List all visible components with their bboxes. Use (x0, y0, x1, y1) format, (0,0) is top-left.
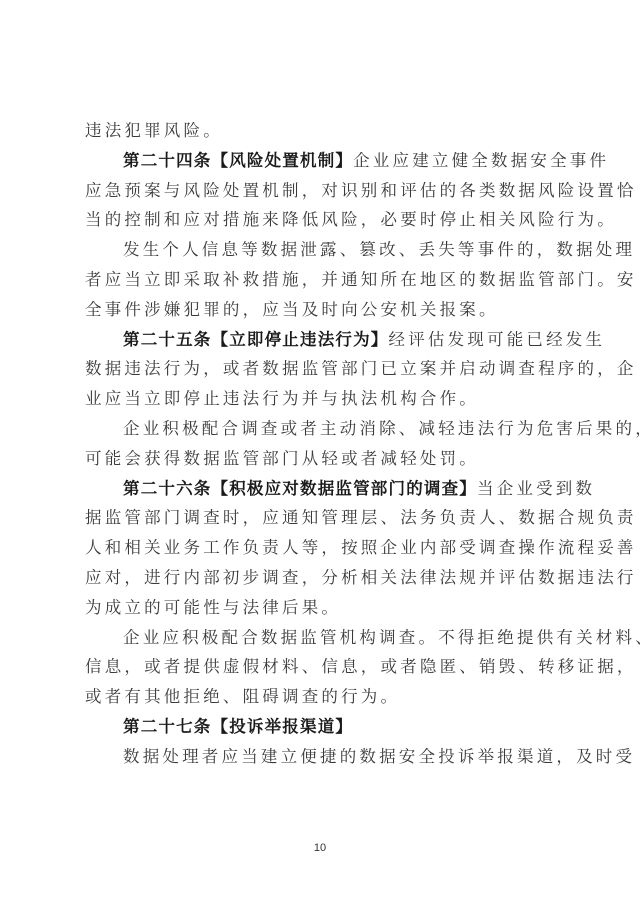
text-line: 应对，进行内部初步调查，分析相关法律法规并评估数据违法行 (85, 563, 565, 593)
paragraph-text: 应对，进行内部初步调查，分析相关法律法规并评估数据违法行 (85, 568, 637, 587)
text-line: 可能会获得数据监管部门从轻或者减轻处罚。 (85, 444, 565, 474)
article-heading-line: 第二十四条【风险处置机制】企业应建立健全数据安全事件 (85, 146, 565, 176)
text-line: 数据违法行为，或者数据监管部门已立案并启动调查程序的，企 (85, 354, 565, 384)
text-line: 应急预案与风险处置机制，对识别和评估的各类数据风险设置恰 (85, 176, 565, 206)
article-title: 第二十四条【风险处置机制】 (123, 151, 353, 170)
text-line: 当的控制和应对措施来降低风险，必要时停止相关风险行为。 (85, 205, 565, 235)
paragraph-text: 应急预案与风险处置机制，对识别和评估的各类数据风险设置恰 (85, 181, 637, 200)
paragraph-text: 为成立的可能性与法律后果。 (85, 598, 341, 617)
text-line: 人和相关业务工作负责人等，按照企业内部受调查操作流程妥善 (85, 533, 565, 563)
paragraph-text: 当企业受到数 (477, 479, 595, 498)
text-line: 或者有其他拒绝、阻碍调查的行为。 (85, 682, 565, 712)
text-line: 企业应积极配合数据监管机构调查。不得拒绝提供有关材料、 (85, 623, 565, 653)
paragraph-text: 企业应积极配合数据监管机构调查。不得拒绝提供有关材料、 (123, 628, 640, 647)
article-title: 第二十六条【积极应对数据监管部门的调查】 (123, 479, 477, 498)
document-page: 违法犯罪风险。第二十四条【风险处置机制】企业应建立健全数据安全事件应急预案与风险… (0, 0, 640, 905)
paragraph-text: 经评估发现可能已经发生 (389, 330, 606, 349)
paragraph-text: 或者有其他拒绝、阻碍调查的行为。 (85, 687, 400, 706)
article-title: 第二十七条【投诉举报渠道】 (123, 717, 353, 736)
text-line: 数据处理者应当建立便捷的数据安全投诉举报渠道，及时受 (85, 742, 565, 772)
article-title: 第二十五条【立即停止违法行为】 (123, 330, 389, 349)
article-heading-line: 第二十七条【投诉举报渠道】 (85, 712, 565, 742)
text-line: 发生个人信息等数据泄露、篡改、丢失等事件的，数据处理 (85, 235, 565, 265)
paragraph-text: 可能会获得数据监管部门从轻或者减轻处罚。 (85, 449, 479, 468)
paragraph-text: 数据处理者应当建立便捷的数据安全投诉举报渠道，及时受 (123, 747, 635, 766)
text-line: 违法犯罪风险。 (85, 116, 565, 146)
paragraph-text: 发生个人信息等数据泄露、篡改、丢失等事件的，数据处理 (123, 240, 635, 259)
page-number: 10 (0, 842, 640, 854)
paragraph-text: 者应当立即采取补救措施，并通知所在地区的数据监管部门。安 (85, 270, 637, 289)
document-body: 违法犯罪风险。第二十四条【风险处置机制】企业应建立健全数据安全事件应急预案与风险… (85, 116, 565, 772)
text-line: 者应当立即采取补救措施，并通知所在地区的数据监管部门。安 (85, 265, 565, 295)
paragraph-text: 人和相关业务工作负责人等，按照企业内部受调查操作流程妥善 (85, 538, 637, 557)
paragraph-text: 数据违法行为，或者数据监管部门已立案并启动调查程序的，企 (85, 359, 637, 378)
paragraph-text: 违法犯罪风险。 (85, 121, 223, 140)
article-heading-line: 第二十六条【积极应对数据监管部门的调查】当企业受到数 (85, 474, 565, 504)
paragraph-text: 信息，或者提供虚假材料、信息，或者隐匿、销毁、转移证据， (85, 657, 637, 676)
paragraph-text: 企业应建立健全数据安全事件 (353, 151, 609, 170)
paragraph-text: 据监管部门调查时，应通知管理层、法务负责人、数据合规负责 (85, 508, 637, 527)
paragraph-text: 业应当立即停止违法行为并与执法机构合作。 (85, 389, 479, 408)
paragraph-text: 当的控制和应对措施来降低风险，必要时停止相关风险行为。 (85, 210, 617, 229)
text-line: 为成立的可能性与法律后果。 (85, 593, 565, 623)
text-line: 全事件涉嫌犯罪的，应当及时向公安机关报案。 (85, 295, 565, 325)
text-line: 据监管部门调查时，应通知管理层、法务负责人、数据合规负责 (85, 503, 565, 533)
text-line: 企业积极配合调查或者主动消除、减轻违法行为危害后果的， (85, 414, 565, 444)
paragraph-text: 企业积极配合调查或者主动消除、减轻违法行为危害后果的， (123, 419, 640, 438)
paragraph-text: 全事件涉嫌犯罪的，应当及时向公安机关报案。 (85, 300, 499, 319)
text-line: 信息，或者提供虚假材料、信息，或者隐匿、销毁、转移证据， (85, 652, 565, 682)
text-line: 业应当立即停止违法行为并与执法机构合作。 (85, 384, 565, 414)
article-heading-line: 第二十五条【立即停止违法行为】经评估发现可能已经发生 (85, 325, 565, 355)
